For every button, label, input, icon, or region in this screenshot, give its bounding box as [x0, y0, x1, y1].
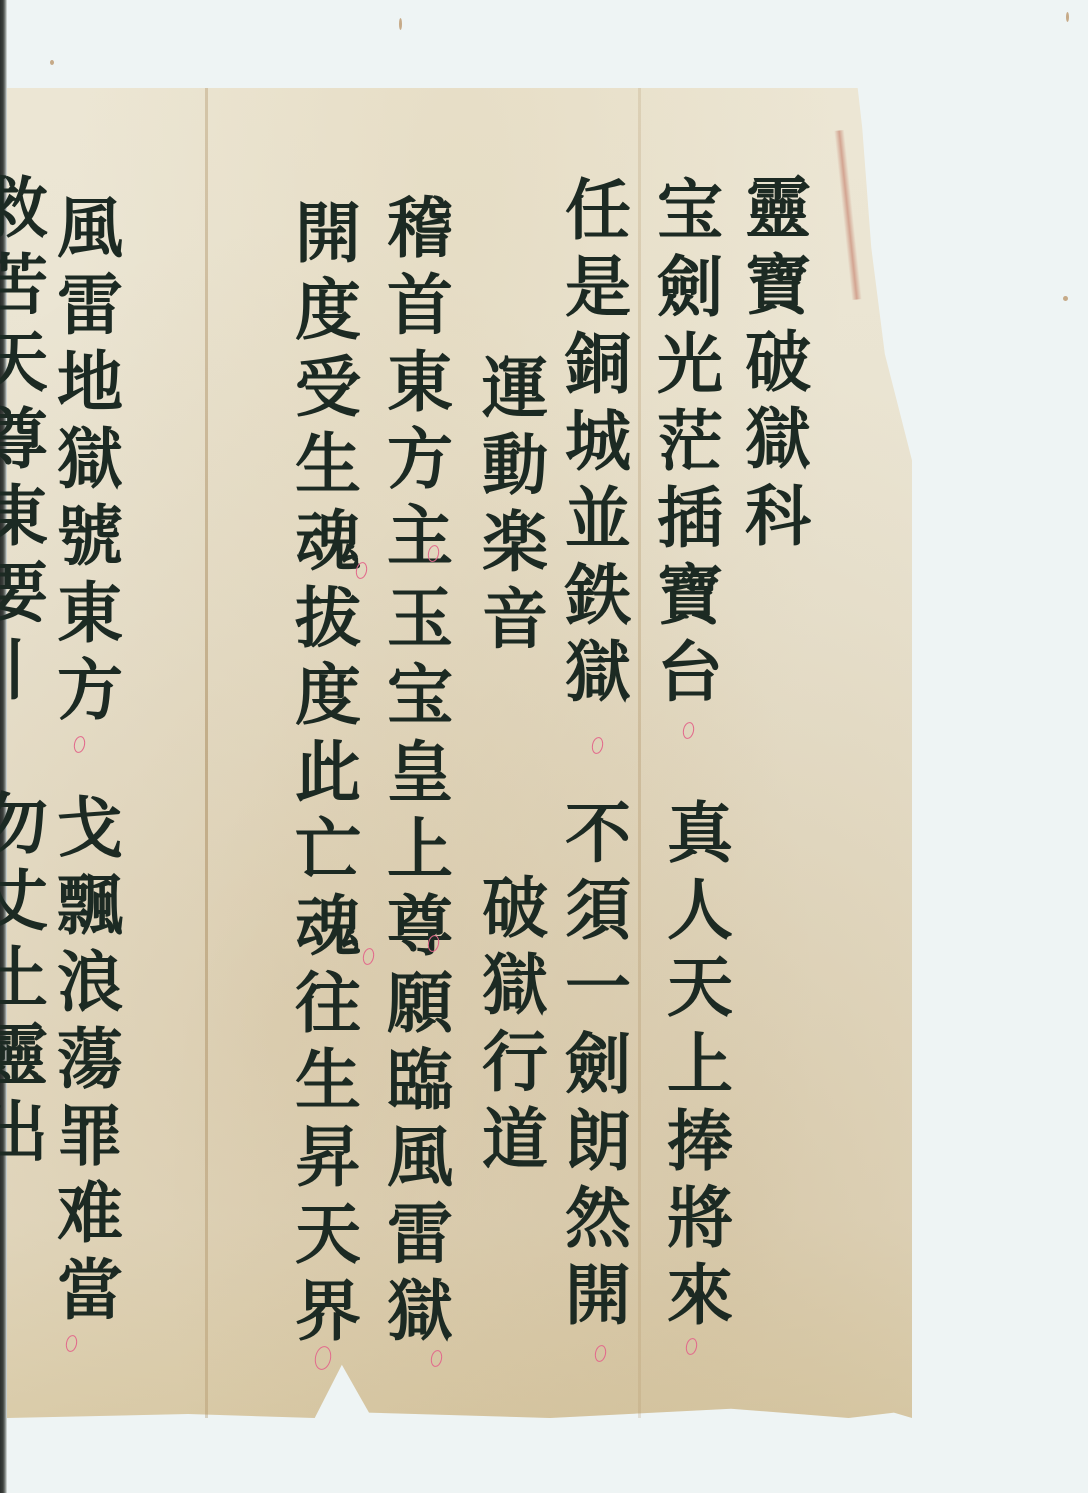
char: 願	[375, 965, 465, 1042]
char: 方	[375, 421, 465, 498]
char: 劍	[645, 249, 735, 326]
char: 稽	[375, 190, 465, 267]
char: 往	[283, 965, 373, 1042]
char: 行	[470, 1024, 560, 1101]
manuscript-column-3b: 不 須 一 劍 朗 然 開	[553, 795, 643, 1334]
char: 破	[470, 870, 560, 947]
char: 開	[283, 195, 373, 272]
char: 道	[470, 1101, 560, 1178]
char: 須	[553, 872, 643, 949]
char: 破	[733, 324, 823, 401]
char: 生	[283, 426, 373, 503]
char: 開	[553, 1257, 643, 1334]
char: 插	[645, 480, 735, 557]
char: 銅	[553, 326, 643, 403]
manuscript-column-2a: 宝 劍 光 茫 插 寶 台	[645, 172, 735, 711]
char: 寶	[733, 247, 823, 324]
char: 界	[283, 1273, 373, 1350]
char: 捧	[655, 1103, 745, 1180]
char: 生	[283, 1042, 373, 1119]
char: 茫	[645, 403, 735, 480]
dust-speck	[1063, 296, 1068, 301]
char: 劍	[553, 1026, 643, 1103]
char: 不	[553, 795, 643, 872]
char: 主	[375, 498, 465, 575]
char: 魂	[283, 888, 373, 965]
char: 風	[375, 1119, 465, 1196]
manuscript-column-6a: 開 度 受 生 魂	[283, 195, 373, 580]
char: 天	[0, 324, 60, 401]
manuscript-column-4a: 運 動 楽 音	[470, 350, 560, 658]
char: 城	[553, 403, 643, 480]
char: 寶	[645, 557, 735, 634]
char: 一	[553, 949, 643, 1026]
char: 獄	[470, 947, 560, 1024]
manuscript-column-3a: 任 是 銅 城 並 鉄 獄	[553, 172, 643, 711]
char: 度	[283, 657, 373, 734]
char: 宝	[645, 172, 735, 249]
manuscript-column-2b: 真 人 天 上 捧 將 來	[655, 795, 745, 1334]
char: 東	[0, 478, 60, 555]
char: 受	[283, 349, 373, 426]
char: 昇	[283, 1119, 373, 1196]
manuscript-column-4b: 破 獄 行 道	[470, 870, 560, 1178]
char: 苦	[0, 247, 60, 324]
char: 靈	[0, 1017, 60, 1094]
char: 音	[470, 581, 560, 658]
char: 上	[655, 1026, 745, 1103]
char: 楽	[470, 504, 560, 581]
char: 雷	[375, 1196, 465, 1273]
char: 是	[553, 249, 643, 326]
dust-speck	[1066, 12, 1069, 22]
char: 丈	[0, 863, 60, 940]
char: 宝	[375, 657, 465, 734]
manuscript-column-title: 靈 寶 破 獄 科	[733, 170, 823, 555]
dust-speck	[50, 60, 54, 65]
char: 真	[655, 795, 745, 872]
char: 來	[655, 1257, 745, 1334]
char: 將	[655, 1180, 745, 1257]
char: 台	[645, 634, 735, 711]
char: 土	[0, 940, 60, 1017]
char: 獄	[553, 634, 643, 711]
char: 救	[0, 170, 60, 247]
manuscript-column-5b: 玉 宝 皇 上 尊	[375, 580, 465, 965]
char: 獄	[733, 401, 823, 478]
char: 亡	[283, 811, 373, 888]
char: 要	[0, 555, 60, 632]
char: 丨	[0, 632, 60, 709]
char: 难	[45, 1175, 135, 1252]
char: 朗	[553, 1103, 643, 1180]
char: 拔	[283, 580, 373, 657]
char: 人	[655, 872, 745, 949]
char: 皇	[375, 734, 465, 811]
char: 此	[283, 734, 373, 811]
char: 玉	[375, 580, 465, 657]
char: 東	[375, 344, 465, 421]
char	[0, 709, 60, 786]
char: 運	[470, 350, 560, 427]
manuscript-column-partial: 救 苦 天 尊 東 要 丨 勿 丈 土 靈 出	[0, 170, 60, 1171]
char: 首	[375, 267, 465, 344]
paper-fold-line	[205, 88, 208, 1418]
char: 任	[553, 172, 643, 249]
char: 尊	[375, 888, 465, 965]
char: 勿	[0, 786, 60, 863]
dust-speck	[399, 18, 402, 30]
manuscript-column-6c: 往 生 昇 天 界	[283, 965, 373, 1350]
char: 然	[553, 1180, 643, 1257]
manuscript-column-5c: 願 臨 風 雷 獄	[375, 965, 465, 1350]
char: 臨	[375, 1042, 465, 1119]
char: 度	[283, 272, 373, 349]
char: 科	[733, 478, 823, 555]
char: 鉄	[553, 557, 643, 634]
char: 天	[283, 1196, 373, 1273]
char: 動	[470, 427, 560, 504]
char: 尊	[0, 401, 60, 478]
char: 靈	[733, 170, 823, 247]
char: 光	[645, 326, 735, 403]
char: 上	[375, 811, 465, 888]
char: 獄	[375, 1273, 465, 1350]
manuscript-column-5a: 稽 首 東 方 主	[375, 190, 465, 575]
char: 出	[0, 1094, 60, 1171]
char: 當	[45, 1252, 135, 1329]
char: 天	[655, 949, 745, 1026]
manuscript-column-6b: 拔 度 此 亡 魂	[283, 580, 373, 965]
char: 並	[553, 480, 643, 557]
